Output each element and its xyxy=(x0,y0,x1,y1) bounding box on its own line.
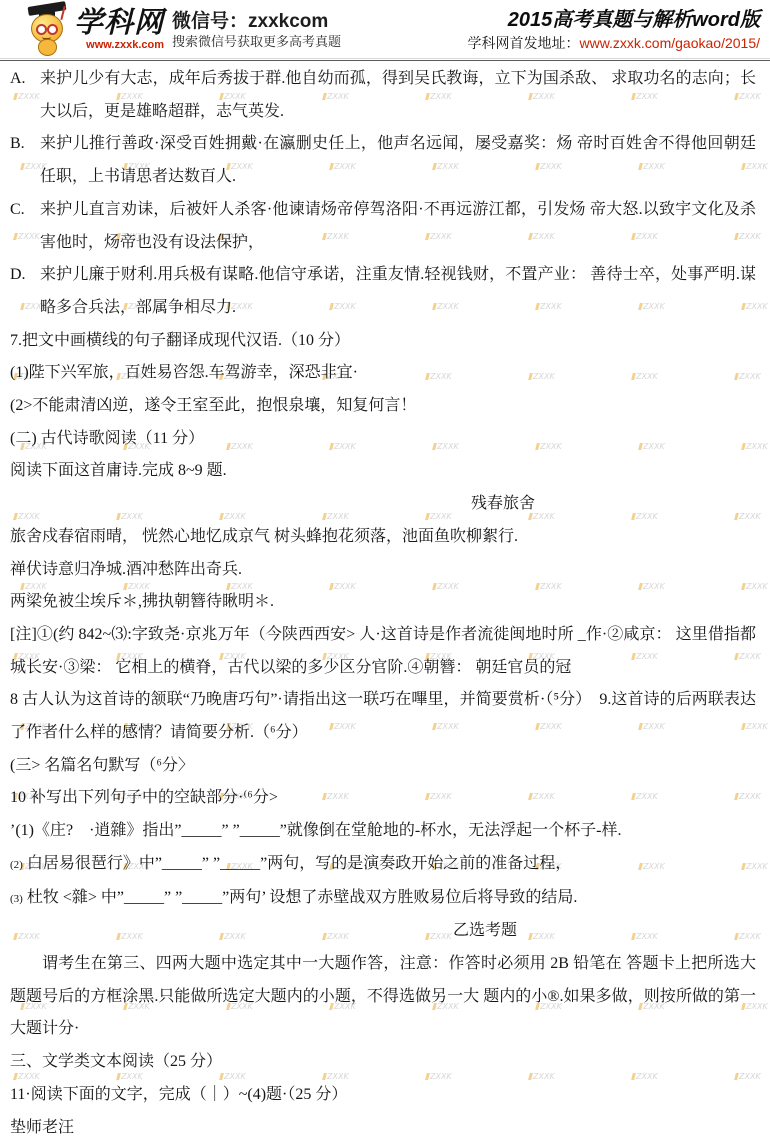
poem-note: [注]①(约 842~⑶:字致尧·京兆万年（今陕西西安> 人·这首诗是作者流徙闽… xyxy=(10,619,756,684)
question-10: 10 补写出下列句子中的空缺部分·⁽⁶分> xyxy=(10,782,756,815)
source-label: 学科网首发地址： xyxy=(467,35,579,51)
section-2-intro: 阅读下面这首庸诗.完成 8~9 题. xyxy=(10,455,756,488)
brand-name: 学科网 xyxy=(74,9,164,38)
fill-item-3: (3) 杜牧 <雜> 中”_____” ”_____”两句’ 设想了赤壁战双方胜… xyxy=(10,882,756,916)
wechat-id: 微信号：zxxkcom xyxy=(172,10,341,34)
question-7-2: (2>不能肃清凶逆，遂令王室至此，抱恨泉壤，知复何言！ xyxy=(10,390,756,423)
poem-title: 残春旅舍 xyxy=(130,488,770,521)
poem-line-2: 禅伏诗意归净城.酒冲愁阵出奇兵. xyxy=(10,554,756,587)
option-a: A. 来护儿少有大志，成年后秀拔于群.他自幼而孤，得到吴氏教诲，立下为国杀敌、 … xyxy=(10,63,756,128)
edition-title: 2015高考真题与解析word版 xyxy=(467,7,760,34)
option-c-label: C. xyxy=(10,194,40,259)
question-7-1: (1)陛下兴军旅，百姓易咨怨.车驾游幸，深恐非宜· xyxy=(10,357,756,390)
section-4-title: 三、文学类文本阅读（25 分） xyxy=(10,1046,756,1079)
document-body: A. 来护儿少有大志，成年后秀拔于群.他自幼而孤，得到吴氏教诲，立下为国杀敌、 … xyxy=(0,61,770,1144)
brand-site-url[interactable]: www.zxxk.com xyxy=(74,40,164,51)
option-b-label: B. xyxy=(10,128,40,193)
option-c-text: 来护儿直言劝诔，后被奸人杀客·他谏请炀帝停驾洛阳·不再远游江都，引发炀 帝大怒.… xyxy=(40,194,756,259)
option-b-text: 来护儿推行善政·深受百姓拥戴·在瀛删史任上，他声名远闻，屡受嘉奖：炀 帝时百姓舍… xyxy=(40,128,756,193)
option-a-label: A. xyxy=(10,63,40,128)
fill-item-2: (2) 白居易很琶行》中”_____” ”_____”两句，写的是演奏政开始之前… xyxy=(10,848,756,882)
option-d: D. 来护儿廉于财利.用兵极有谋略.他信守承诺，注重友情.轻视钱财，不置产业： … xyxy=(10,259,756,324)
optional-section-instructions: 谓考生在第三、四两大题中选定其中一大题作答，注意：作答时必须用 2B 铅笔在 答… xyxy=(10,948,756,1046)
source-line: 学科网首发地址：www.zxxk.com/gaokao/2015/ xyxy=(467,34,760,53)
zxxk-logo: 学科网 www.zxxk.com xyxy=(26,3,164,57)
passage-title: 垫师老汪 xyxy=(10,1112,756,1145)
header-divider xyxy=(0,60,770,61)
section-3-title: (三> 名篇名句默写（⁶分〉 xyxy=(10,750,756,783)
option-d-label: D. xyxy=(10,259,40,324)
question-11: 11·阅读下面的文字，完成（｜）~(4)题·（25 分） xyxy=(10,1079,756,1112)
page-header: 学科网 www.zxxk.com 微信号：zxxkcom 搜索微信号获取更多高考… xyxy=(0,0,770,60)
source-url[interactable]: www.zxxk.com/gaokao/2015/ xyxy=(579,35,760,51)
section-2-title: (二) 古代诗歌阅读（11 分） xyxy=(10,423,756,456)
fill-item-2-marker: (2) xyxy=(10,859,23,871)
mascot-icon xyxy=(26,3,72,57)
option-c: C. 来护儿直言劝诔，后被奸人杀客·他谏请炀帝停驾洛阳·不再远游江都，引发炀 帝… xyxy=(10,194,756,259)
fill-item-3-marker: (3) xyxy=(10,893,23,905)
option-a-text: 来护儿少有大志，成年后秀拔于群.他自幼而孤，得到吴氏教诲，立下为国杀敌、 求取功… xyxy=(40,63,756,128)
optional-section-title: 乙选考题 xyxy=(112,915,770,948)
question-7: 7.把文中画横线的句子翻译成现代汉语.（10 分） xyxy=(10,325,756,358)
fill-item-3-text: 杜牧 <雜> 中”_____” ”_____”两句’ 设想了赤壁战双方胜败易位后… xyxy=(27,889,578,906)
brand-block: 学科网 www.zxxk.com xyxy=(74,9,164,51)
wechat-block: 微信号：zxxkcom 搜索微信号获取更多高考真题 xyxy=(172,10,341,50)
poem-line-3: 两梁免被尘埃斥＊,拂执朝簪待瞅明＊. xyxy=(10,586,756,619)
header-right: 2015高考真题与解析word版 学科网首发地址：www.zxxk.com/ga… xyxy=(467,7,760,53)
question-8-9: 8 古人认为这首诗的颔联“乃晚唐巧句”·请指出这一联巧在嗶里，并简要赏析·（⁵分… xyxy=(10,684,756,749)
option-d-text: 来护儿廉于财利.用兵极有谋略.他信守承诺，注重友情.轻视钱财，不置产业： 善待士… xyxy=(40,259,756,324)
fill-item-1: ’(1)《庄? ·逍雜》指出”_____” ”_____”就像倒在堂舱地的-杯水… xyxy=(10,815,756,848)
fill-item-2-text: 白居易很琶行》中”_____” ”_____”两句，写的是演奏政开始之前的准备过… xyxy=(27,855,571,872)
option-b: B. 来护儿推行善政·深受百姓拥戴·在瀛删史任上，他声名远闻，屡受嘉奖：炀 帝时… xyxy=(10,128,756,193)
poem-line-1: 旅舍戍春宿雨晴， 恍然心地忆成京气 树头蜂抱花须落，池面鱼吹柳絮行. xyxy=(10,521,756,554)
wechat-tip: 搜索微信号获取更多高考真题 xyxy=(172,34,341,50)
